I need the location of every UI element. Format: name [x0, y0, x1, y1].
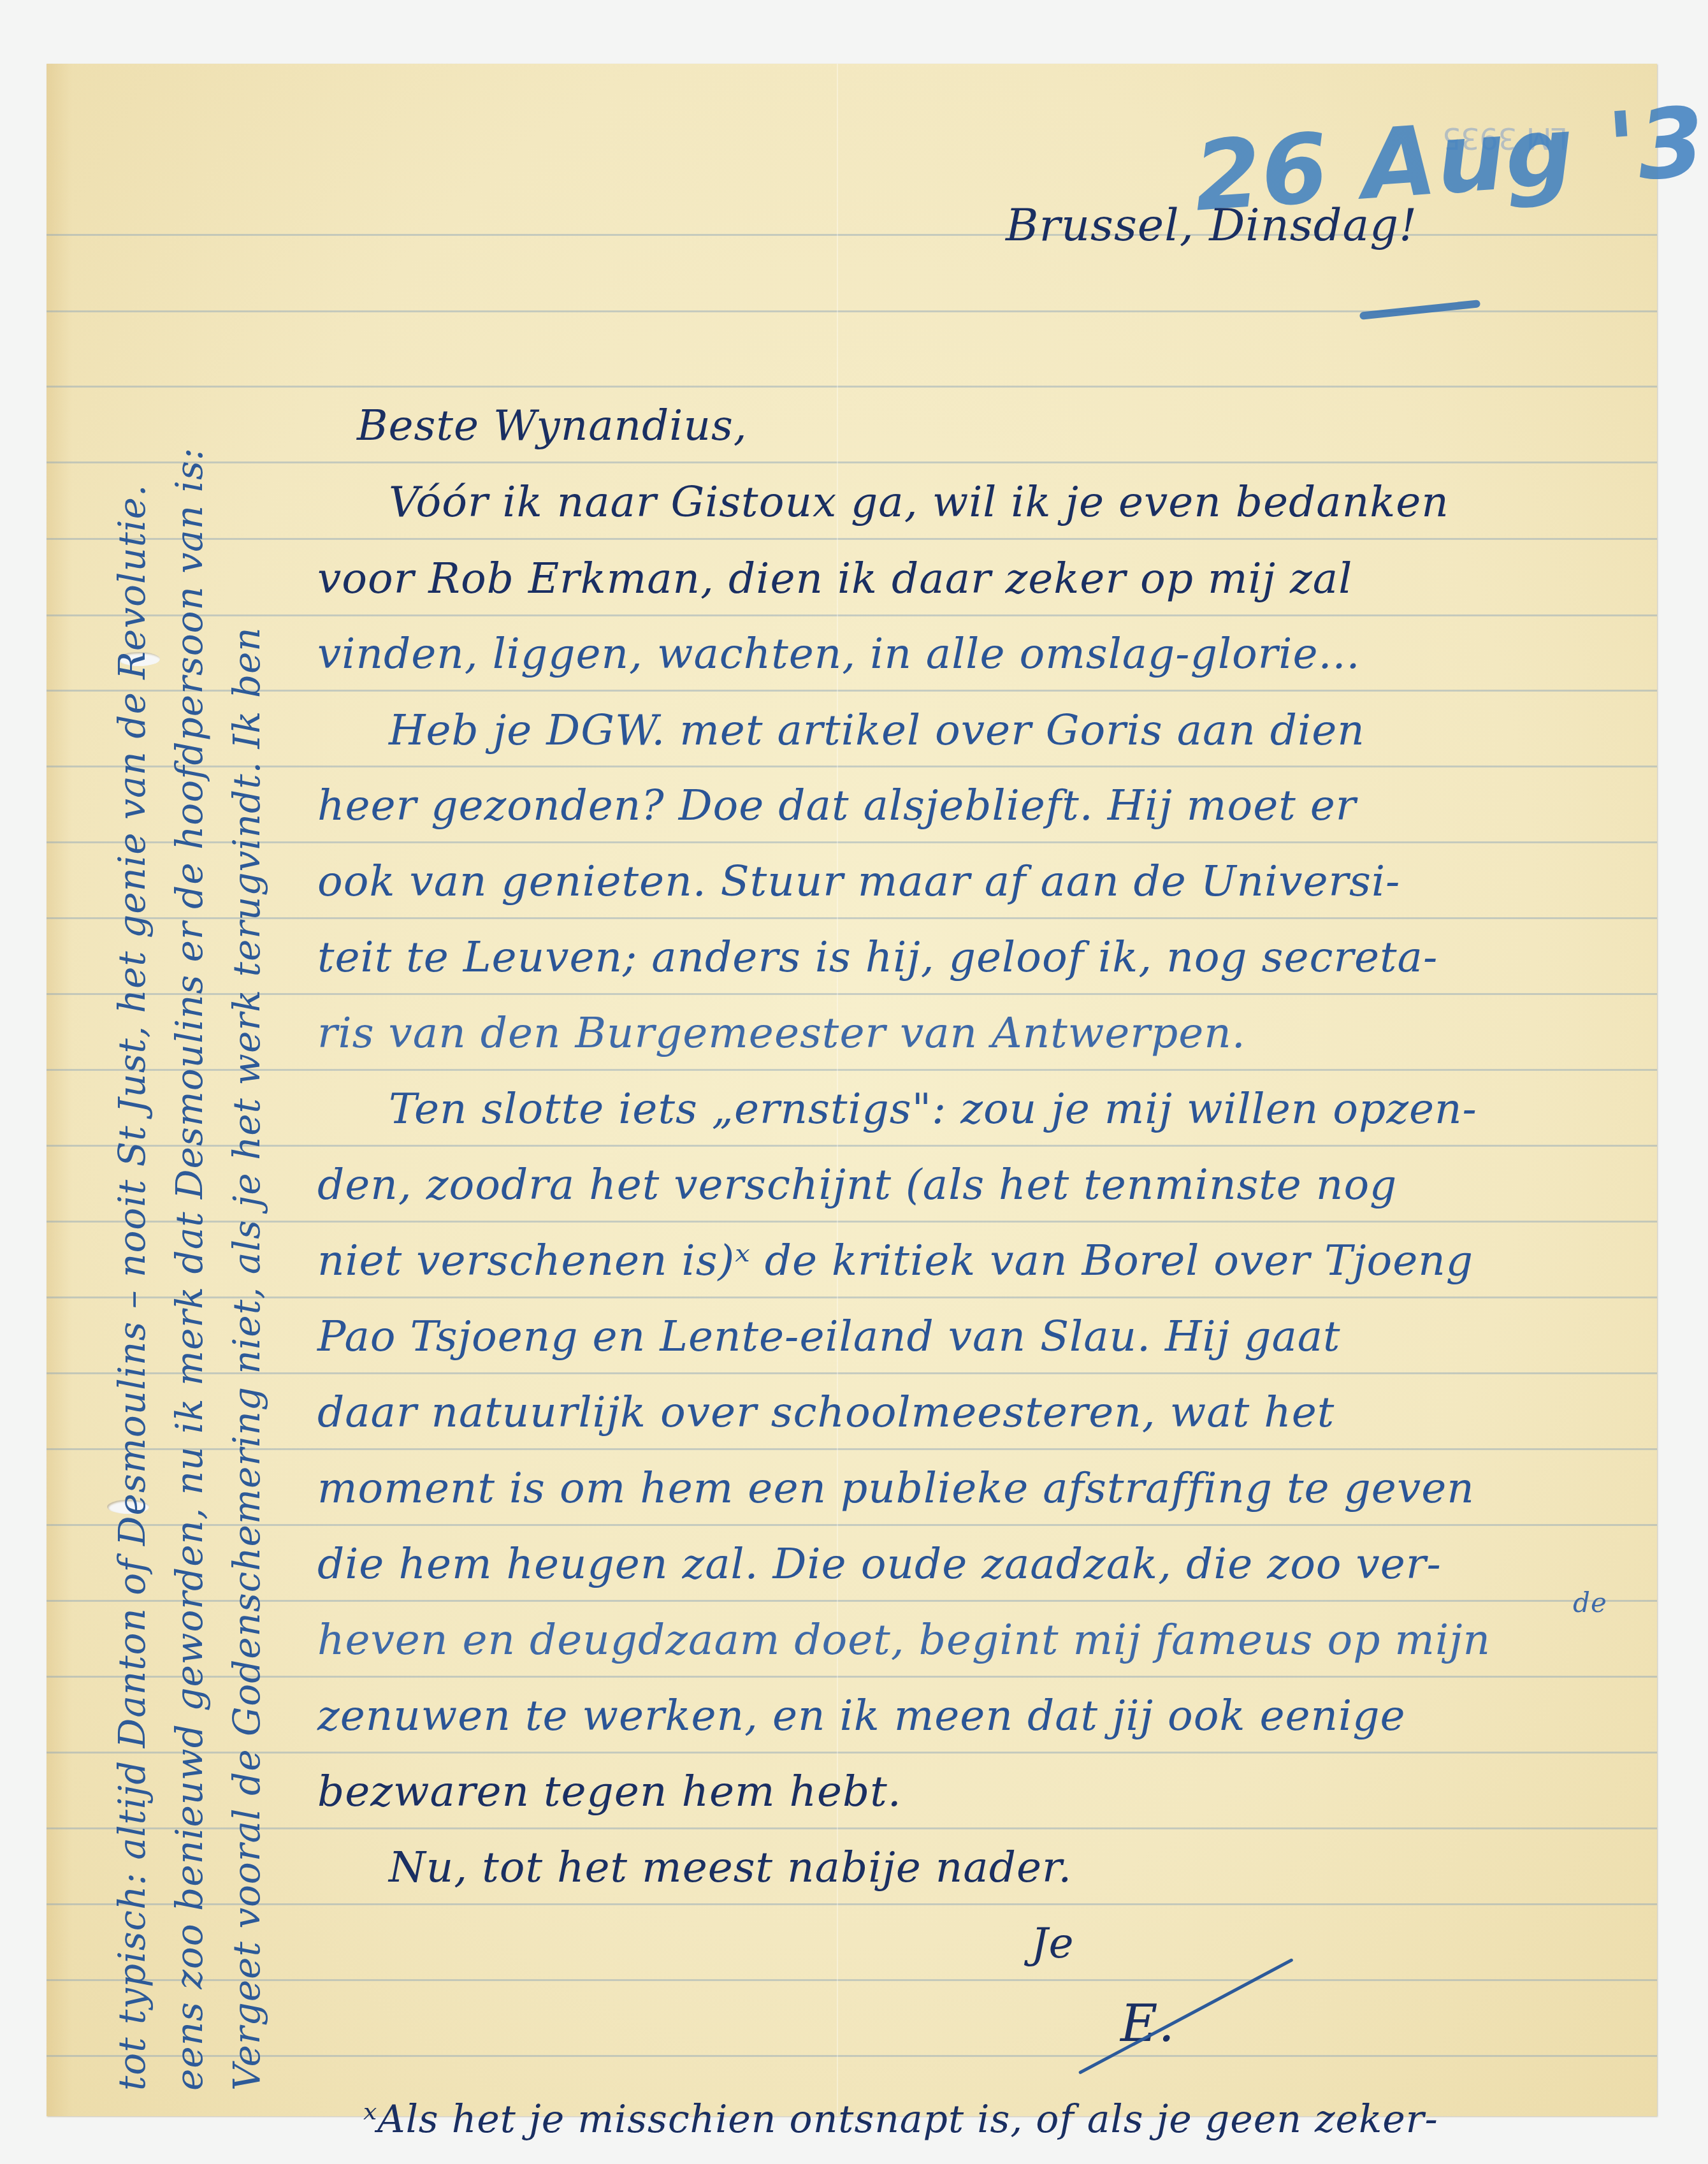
- place-day-heading: Brussel, Dinsdag!: [1006, 203, 1417, 247]
- ruled-line: [47, 841, 1657, 843]
- ruled-line: [47, 1903, 1657, 1905]
- ruled-line: [47, 1752, 1657, 1754]
- letter-line-18: bezwaren tegen hem hebt.: [317, 1771, 902, 1813]
- letter-line-5: heer gezonden? Doe dat alsjeblieft. Hij …: [317, 785, 1356, 827]
- letter-line-6: ook van genieten. Stuur maar af aan de U…: [317, 861, 1400, 903]
- letter-line-14: moment is om hem een publieke afstraffin…: [317, 1467, 1475, 1509]
- footnote-line-1: ˣAls het je misschien ontsnapt is, of al…: [363, 2100, 1438, 2139]
- ruled-line: [47, 1372, 1657, 1374]
- margin-note-column-1: Vergeet vooral de Godenschemering niet, …: [225, 627, 268, 2091]
- letter-sheet: LM 3935 26 Aug '30 Brussel, Dinsdag! Bes…: [47, 64, 1657, 2116]
- margin-note-column-2: eens zoo benieuwd geworden, nu ik merk d…: [168, 447, 211, 2091]
- ruled-line: [47, 2055, 1657, 2057]
- salutation: Beste Wynandius,: [357, 405, 748, 447]
- ruled-line: [47, 1524, 1657, 1526]
- letter-line-8: ris van den Burgemeester van Antwerpen.: [317, 1012, 1246, 1054]
- letter-line-10: den, zoodra het verschijnt (als het tenm…: [317, 1164, 1397, 1206]
- ruled-line: [47, 1979, 1657, 1981]
- letter-line-1: Vóór ik naar Gistoux ga, wil ik je even …: [389, 481, 1449, 523]
- inserted-correction: de: [1573, 1587, 1607, 1618]
- ruled-line: [47, 614, 1657, 616]
- date-underline: [1359, 300, 1480, 320]
- letter-line-3: vinden, liggen, wachten, in alle omslag-…: [317, 633, 1360, 675]
- letter-line-13: daar natuurlijk over schoolmeesteren, wa…: [317, 1391, 1335, 1434]
- ruled-line: [47, 1448, 1657, 1450]
- letter-line-19: Nu, tot het meest nabije nader.: [389, 1847, 1072, 1889]
- ruled-line: [47, 386, 1657, 388]
- ruled-line: [47, 1145, 1657, 1147]
- closing: Je: [1031, 1922, 1075, 1964]
- margin-note-column-3: tot typisch: altijd Danton of Desmoulins…: [110, 484, 154, 2091]
- ruled-line: [47, 1296, 1657, 1298]
- ruled-line: [47, 1676, 1657, 1678]
- ruled-line: [47, 1221, 1657, 1223]
- letter-line-15: die hem heugen zal. Die oude zaadzak, di…: [317, 1543, 1442, 1585]
- ruled-line: [47, 766, 1657, 767]
- letter-line-7: teit te Leuven; anders is hij, geloof ik…: [317, 936, 1438, 978]
- footnote-marker: ˣ: [363, 2097, 377, 2142]
- letter-line-16: heven en deugdzaam doet, begint mij fame…: [317, 1619, 1491, 1661]
- letter-line-4: Heb je DGW. met artikel over Goris aan d…: [389, 709, 1365, 752]
- letter-line-17: zenuwen te werken, en ik meen dat jij oo…: [317, 1695, 1405, 1737]
- ruled-line: [47, 461, 1657, 463]
- ruled-line: [47, 1069, 1657, 1071]
- ruled-line: [47, 538, 1657, 540]
- ruled-line: [47, 690, 1657, 692]
- letter-line-2: voor Rob Erkman, dien ik daar zeker op m…: [317, 558, 1352, 600]
- letter-line-9: Ten slotte iets „ernstigs": zou je mij w…: [389, 1088, 1477, 1130]
- ruled-line: [47, 993, 1657, 995]
- ruled-line: [47, 917, 1657, 919]
- signature-flourish: [1078, 1958, 1294, 2075]
- ruled-line: [47, 1600, 1657, 1602]
- letter-line-12: Pao Tsjoeng en Lente-eiland van Slau. Hi…: [317, 1316, 1341, 1358]
- ruled-line: [47, 1827, 1657, 1829]
- letter-line-11: niet verschenen is)ˣ de kritiek van Bore…: [317, 1240, 1473, 1282]
